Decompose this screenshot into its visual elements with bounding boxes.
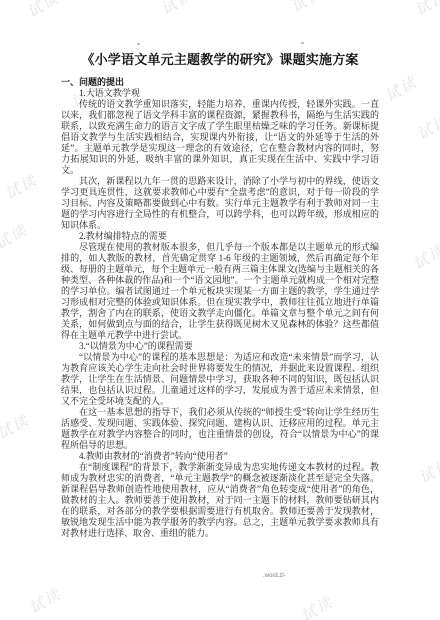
sub-heading: 1.大语文教学观: [61, 88, 379, 99]
watermark-text: 试读: [25, 583, 65, 618]
paragraph: 传统的语文教学重知识落实，轻能力培养，重课内传授，轻课外实践。一直以来，我们都忽…: [61, 99, 379, 176]
watermark-text: 试读: [297, 591, 337, 620]
document-title: 《小学语文单元主题教学的研究》课题实施方案: [61, 52, 379, 68]
footer-watermark: .word.zl-: [263, 572, 286, 580]
watermark-text: 试读: [1, 169, 41, 204]
watermark-text: 试读: [157, 0, 197, 19]
smudge-mark: [301, 42, 304, 44]
paragraph: “以情景为中心”的课程的基本思想是：为适应和改造“未来情景”而学习，认为教育应该…: [61, 352, 379, 407]
watermark-text: 试读: [411, 0, 440, 20]
document-content: 《小学语文单元主题教学的研究》课题实施方案 一、问题的提出1.大语文教学观传统的…: [61, 52, 379, 539]
paragraph: 在这一基本思想的指导下，我们必须从传统的“师授生受”转向让学生经历生活感受、发现…: [61, 407, 379, 451]
paragraph: 其次，新课程以九年一贯的思路来设计，消除了小学与初中的界线，使语文学习更具连贯性…: [61, 176, 379, 231]
paragraph: 尽管现在使用的教材版本很多，但几乎每一个版本都是以主题单元的形式编排的，如人教版…: [61, 242, 379, 341]
paragraph: 在“制度课程”的背景下，教学渐渐变异成为忠实地传递文本教材的过程。教师成为教材忠…: [61, 462, 379, 539]
document-body: 一、问题的提出1.大语文教学观传统的语文教学重知识落实，轻能力培养，重课内传授，…: [61, 77, 379, 539]
sub-heading: 2.教材编排特点的需要: [61, 231, 379, 242]
watermark-text: 试读: [0, 219, 31, 254]
smudge-mark: [137, 43, 140, 45]
watermark-text: 试读: [0, 409, 33, 444]
watermark-text: 试读: [23, 0, 63, 22]
watermark-text: 试读: [409, 239, 440, 274]
watermark-text: 试读: [381, 71, 421, 106]
section-heading: 一、问题的提出: [61, 77, 379, 88]
watermark-text: 试读: [287, 0, 327, 17]
watermark-text: 试读: [415, 453, 440, 488]
sub-heading: 4.教师由教材的“消费者”转向“使用者”: [61, 451, 379, 462]
watermark-text: 试读: [413, 109, 440, 144]
sub-heading: 3.“以情景为中心”的课程需要: [61, 341, 379, 352]
document-page: 试读试读试读试读试读试读试读试读试读试读试读试读试读试读试读试读试读 《小学语文…: [0, 0, 440, 620]
